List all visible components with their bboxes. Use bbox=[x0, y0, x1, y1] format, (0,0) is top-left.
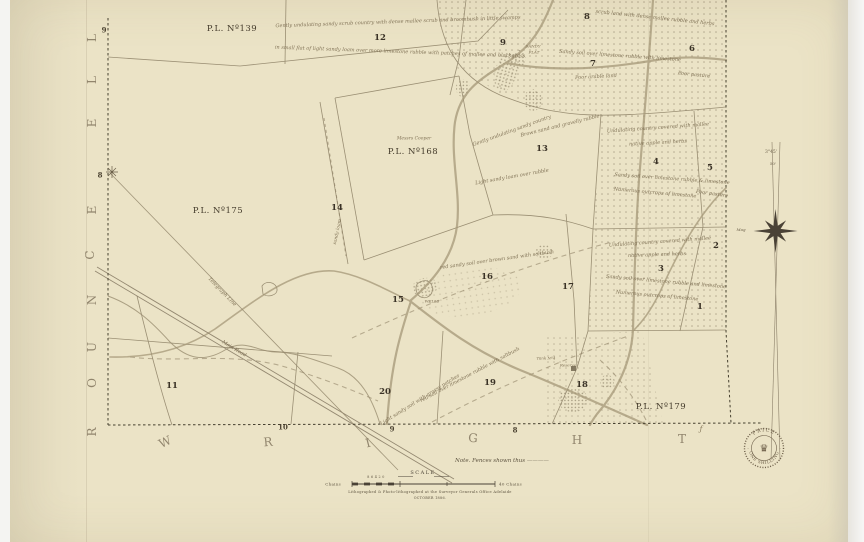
parish-label: P.L. Nº175 bbox=[193, 206, 243, 216]
lot-number-5: 5 bbox=[707, 163, 713, 173]
lot-number-3: 3 bbox=[658, 264, 664, 274]
boundary-letter-U: U bbox=[85, 342, 99, 352]
scale-tick-numbers: 8 6 4 2 0 bbox=[367, 475, 384, 479]
scale-title: SCALE bbox=[410, 470, 435, 476]
soil-annotation: WELLS bbox=[424, 299, 439, 304]
scale-right-label: 40 Chains bbox=[499, 482, 522, 487]
lot-number-17: 17 bbox=[562, 282, 574, 292]
lot-number-6: 6 bbox=[689, 44, 695, 54]
boundary-letter-R: R bbox=[263, 435, 273, 450]
scale-left-label: Chains bbox=[325, 482, 341, 487]
soil-annotation: Reserve bbox=[560, 363, 576, 368]
lot-number-9: 9 bbox=[500, 38, 506, 48]
lot-number-13: 13 bbox=[536, 144, 548, 154]
margin-number: 10 bbox=[278, 423, 288, 432]
boundary-letter-R: R bbox=[85, 427, 99, 436]
lot-number-1: 1 bbox=[697, 302, 703, 312]
lot-number-18: 18 bbox=[576, 380, 588, 390]
imprint-line-1: Lithographed & Photo-lithographed at the… bbox=[348, 490, 511, 494]
lot-number-2: 2 bbox=[713, 241, 719, 251]
imprint-line-2: OCTOBER 1886. bbox=[414, 496, 447, 500]
scanned-map-photo: 3°45' 50' Mag PRICE ONE SHILLING ♛ · bbox=[0, 0, 864, 542]
lot-number-14: 14 bbox=[331, 203, 343, 213]
boundary-letter-T: T bbox=[678, 432, 686, 446]
boundary-letter-H: H bbox=[572, 433, 582, 447]
photo-edge-left bbox=[0, 0, 10, 542]
boundary-letter-E: E bbox=[85, 119, 99, 128]
soil-annotation: ƒ bbox=[700, 425, 703, 433]
margin-number: 8 bbox=[513, 426, 518, 435]
parish-label: P.L. Nº179 bbox=[636, 402, 686, 412]
boundary-letter-O: O bbox=[85, 378, 99, 388]
margin-number: 9 bbox=[390, 425, 395, 434]
fences-note: Note. Fences shown thus ———— bbox=[455, 458, 549, 464]
lot-number-11: 11 bbox=[166, 381, 178, 391]
soil-annotation: Messrs Cooper bbox=[397, 137, 431, 142]
lot-number-12: 12 bbox=[374, 33, 386, 43]
photo-edge-right bbox=[848, 0, 864, 542]
margin-number: 8 bbox=[98, 171, 103, 180]
margin-number: 9 bbox=[102, 26, 107, 35]
boundary-letter-N: N bbox=[85, 295, 99, 306]
lot-number-4: 4 bbox=[653, 157, 659, 167]
boundary-letter-L: L bbox=[85, 34, 99, 42]
boundary-letter-E: E bbox=[85, 206, 99, 215]
boundary-letter-G: G bbox=[468, 431, 479, 446]
lot-number-20: 20 bbox=[379, 387, 391, 397]
soil-annotation: Tank Nº4 bbox=[537, 356, 556, 361]
soil-annotation: FLAT bbox=[529, 50, 540, 55]
map-paper bbox=[10, 0, 848, 542]
soil-annotation: SANDY bbox=[526, 44, 541, 49]
boundary-letter-L: L bbox=[85, 76, 99, 84]
lot-number-16: 16 bbox=[481, 272, 493, 282]
parish-label: P.L. Nº139 bbox=[207, 24, 257, 34]
lot-number-15: 15 bbox=[392, 295, 404, 305]
lot-number-7: 7 bbox=[590, 59, 596, 69]
boundary-letter-C: C bbox=[83, 250, 97, 259]
lot-number-8: 8 bbox=[584, 12, 590, 22]
lot-number-19: 19 bbox=[484, 378, 496, 388]
parish-label: P.L. Nº168 bbox=[388, 147, 438, 157]
